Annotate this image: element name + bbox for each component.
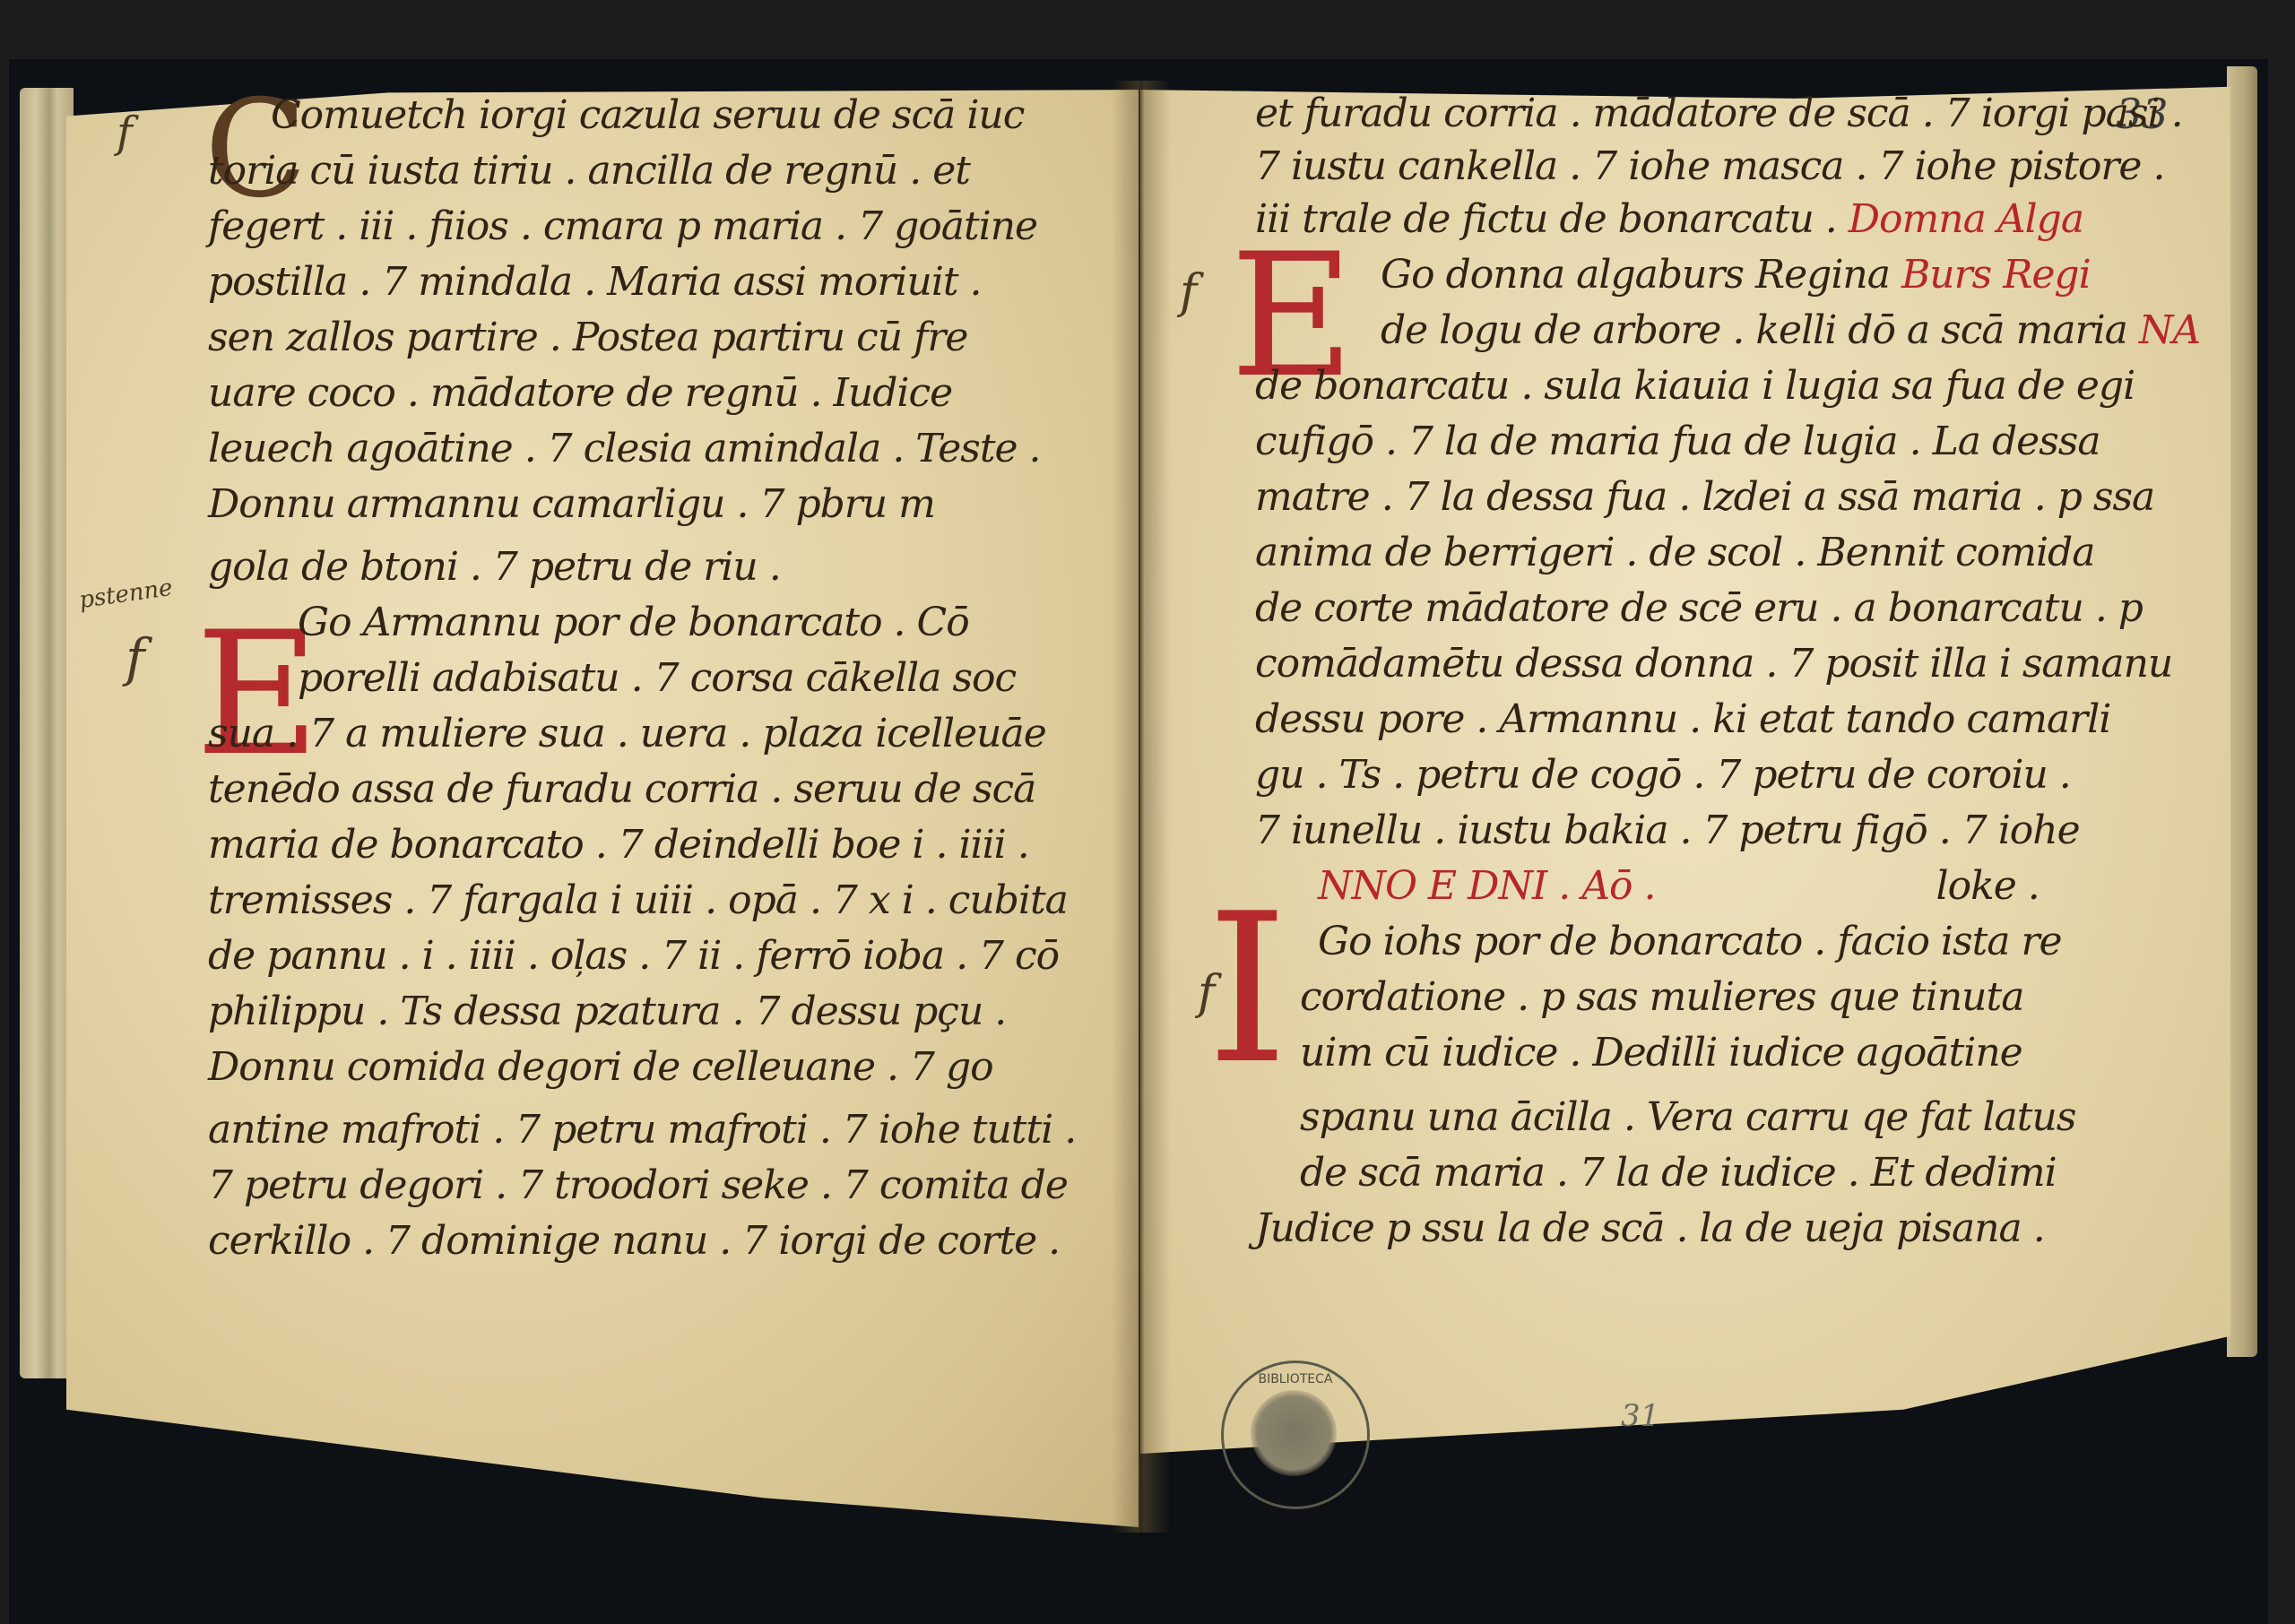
page-edges-right: [2227, 66, 2257, 1357]
text-line-with-rubric: iii trale de fictu de bonarcatu . Domna …: [1255, 192, 2178, 247]
text-line: dessu pore . Armannu . ki etat tando cam…: [1255, 692, 2178, 747]
text-line: Judice p ssu la de scā . la de ueja pisa…: [1255, 1201, 2178, 1257]
text-line: sua . 7 a muliere sua . uera . plaza ice…: [208, 706, 1104, 762]
text-line: de corte mādatore de scē eru . a bonarca…: [1255, 581, 2178, 636]
text-line: leuech agoātine . 7 clesia amindala . Te…: [208, 421, 1104, 477]
text-line-with-rubric: de logu de arbore . kelli dō a scā maria…: [1255, 303, 2178, 358]
left-page-text: Comuetch iorgi cazula seruu de scā iuc t…: [208, 88, 1104, 1269]
text-line: toria cū iusta tiriu . ancilla de regnū …: [208, 143, 1104, 199]
text-line: antine mafroti . 7 petru mafroti . 7 ioh…: [208, 1102, 1104, 1158]
rubric-continuation: NA: [2139, 307, 2200, 353]
text-line: Go Armannu por de bonarcato . Cō: [208, 595, 1104, 651]
text-line: maria de bonarcato . 7 deindelli boe i .…: [208, 817, 1104, 873]
text-line: postilla . 7 mindala . Maria assi moriui…: [208, 255, 1104, 310]
pencil-number: 31: [1621, 1398, 1659, 1434]
text-line: Go iohs por de bonarcato . facio ista re: [1255, 914, 2178, 970]
text-line: uare coco . mādatore de regnū . Iudice: [208, 366, 1104, 421]
text-line: tenēdo assa de furadu corria . seruu de …: [208, 762, 1104, 817]
text-line: spanu una ācilla . Vera carru qe fat lat…: [1255, 1090, 2178, 1145]
text-segment: de logu de arbore . kelli dō a scā maria: [1381, 307, 2127, 353]
text-line: de scā maria . 7 la de iudice . Et dedim…: [1255, 1145, 2178, 1201]
line-end-note: loke .: [1936, 863, 2040, 909]
text-segment: iii trale de fictu de bonarcatu .: [1255, 196, 1837, 242]
rubric-continuation: Burs Regi: [1901, 252, 2091, 298]
page-edges-left: [20, 88, 74, 1378]
text-line: matre . 7 la dessa fua . lzdei a ssā mar…: [1255, 470, 2178, 525]
text-line: cufigō . 7 la de maria fua de lugia . La…: [1255, 414, 2178, 470]
text-line: cordatione . p sas mulieres que tinuta: [1255, 970, 2178, 1025]
rubric-heading: Domna Alga: [1849, 196, 2083, 242]
text-line: cerkillo . 7 dominige nanu . 7 iorgi de …: [208, 1214, 1104, 1269]
text-line: tremisses . 7 fargala i uiii . opā . 7 x…: [208, 873, 1104, 929]
stamp-text: BIBLIOTECA: [1224, 1372, 1367, 1386]
text-line: Donnu armannu camarligu . 7 pbru m: [208, 477, 1104, 540]
text-line: anima de berrigeri . de scol . Bennit co…: [1255, 525, 2178, 581]
text-line: Comuetch iorgi cazula seruu de scā iuc: [208, 88, 1104, 143]
text-line: de bonarcatu . sula kiauia i lugia sa fu…: [1255, 358, 2178, 414]
text-line: porelli adabisatu . 7 corsa cākella soc: [208, 651, 1104, 706]
text-line: philippu . Ts dessa pzatura . 7 dessu pç…: [208, 984, 1104, 1040]
library-stamp: BIBLIOTECA: [1221, 1361, 1370, 1509]
text-line: Donnu comida degori de celleuane . 7 go: [208, 1040, 1104, 1102]
text-line: sen zallos partire . Postea partiru cū f…: [208, 310, 1104, 366]
incipit: NNO E DNI . Aō .: [1318, 863, 1656, 909]
text-line: 7 petru degori . 7 troodori seke . 7 com…: [208, 1158, 1104, 1214]
text-line: 7 iustu cankella . 7 iohe masca . 7 iohe…: [1255, 142, 2178, 192]
text-line: gola de btoni . 7 petru de riu .: [208, 540, 1104, 595]
margin-note-f: f: [126, 627, 144, 688]
text-line: uim cū iudice . Dedilli iudice agoātine: [1255, 1025, 2178, 1090]
right-page-text: et furadu corria . mādatore de scā . 7 i…: [1255, 86, 2178, 1257]
margin-note-f: f: [1180, 265, 1197, 319]
text-line: de pannu . i . iiii . oļas . 7 ii . ferr…: [208, 929, 1104, 984]
text-line: 7 iunellu . iustu bakia . 7 petru figō .…: [1255, 803, 2178, 859]
text-line: et furadu corria . mādatore de scā . 7 i…: [1255, 86, 2178, 142]
text-line: fegert . iii . fiios . cmara p maria . 7…: [208, 199, 1104, 255]
stamp-emblem: [1251, 1390, 1337, 1476]
text-line: gu . Ts . petru de cogō . 7 petru de cor…: [1255, 747, 2178, 803]
text-segment: Go donna algaburs Regina: [1381, 252, 1890, 298]
text-line-with-note: NNO E DNI . Aō . loke .: [1255, 859, 2178, 914]
text-line: comādamētu dessa donna . 7 posit illa i …: [1255, 636, 2178, 692]
margin-note-f: f: [1198, 966, 1215, 1020]
text-line-with-rubric: Go donna algaburs Regina Burs Regi: [1255, 247, 2178, 303]
margin-note-f: f: [117, 108, 133, 158]
book-gutter: [1112, 81, 1171, 1533]
